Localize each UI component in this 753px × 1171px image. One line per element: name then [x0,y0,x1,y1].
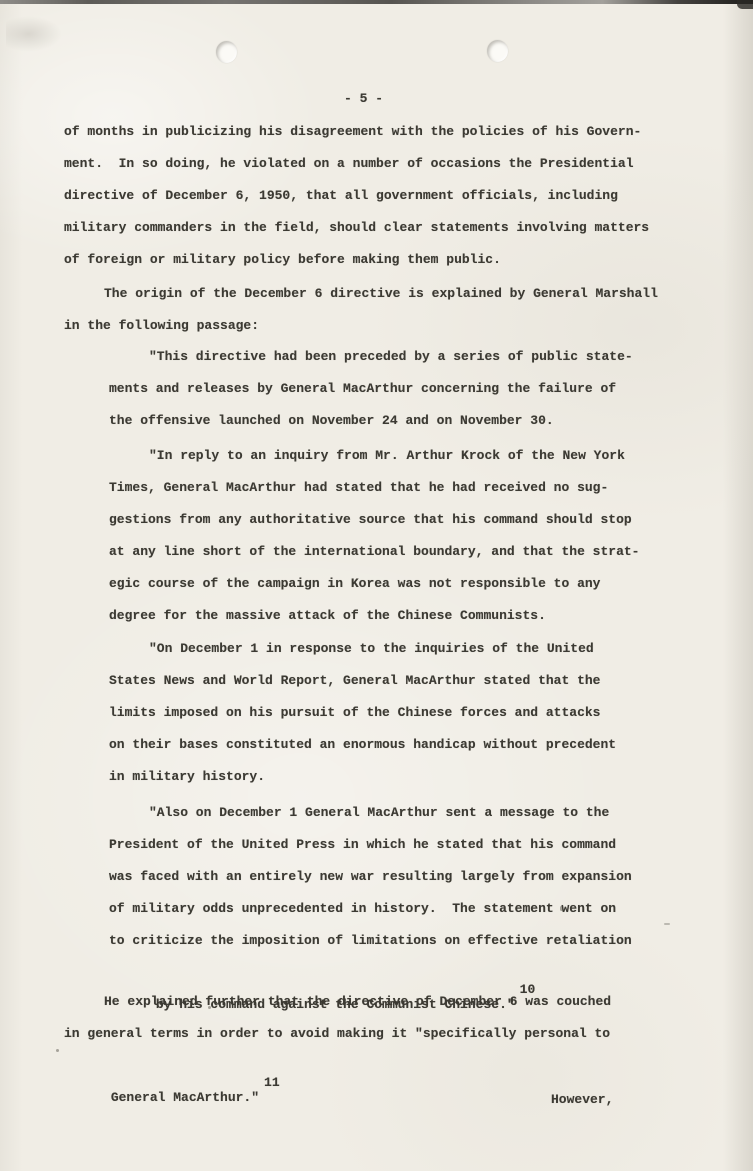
ink-speck [56,1049,59,1052]
scan-top-edge [0,0,753,4]
text-line: President of the United Press in which h… [109,829,632,861]
text-line: was faced with an entirely new war resul… [109,861,632,893]
text-line: the offensive launched on November 24 an… [109,405,633,437]
punch-hole-right [487,40,508,62]
text-line: ment. In so doing, he violated on a numb… [64,148,649,180]
text-line: on their bases constituted an enormous h… [109,729,616,761]
text-line: egic course of the campaign in Korea was… [109,568,640,600]
text-line: He explained further that the directive … [64,986,611,1018]
scanned-document-page: - 5 - of months in publicizing his disag… [0,0,753,1171]
text-line: military commanders in the field, should… [64,212,649,244]
text-line: of military odds unprecedented in histor… [109,893,632,925]
text-line: degree for the massive attack of the Chi… [109,600,640,632]
text-line: to criticize the imposition of limitatio… [109,925,632,957]
text-line: of months in publicizing his disagreemen… [64,116,649,148]
text-line: States News and World Report, General Ma… [109,665,616,697]
text-line: in general terms in order to avoid makin… [64,1018,611,1050]
page-number: - 5 - [344,83,383,115]
block-quote-1: "This directive had been preceded by a s… [109,341,633,437]
text-line: Times, General MacArthur had stated that… [109,472,640,504]
paragraph-3: He explained further that the directive … [64,986,611,1146]
block-quote-2: "In reply to an inquiry from Mr. Arthur … [109,440,640,632]
text-line: in military history. [109,761,616,793]
block-quote-3: "On December 1 in response to the inquir… [109,633,616,793]
text-line: at any line short of the international b… [109,536,640,568]
text-line: "In reply to an inquiry from Mr. Arthur … [109,440,640,472]
punch-hole-left [216,41,237,63]
footnote-marker-11: 11 [264,1075,280,1090]
text-line: "This directive had been preceded by a s… [109,341,633,373]
text-line: of foreign or military policy before mak… [64,244,649,276]
text-line: in the following passage: [64,310,658,342]
text-line: The origin of the December 6 directive i… [64,278,658,310]
paper-smudge [6,16,62,52]
text-line: ments and releases by General MacArthur … [109,373,633,405]
text-line-content: General MacArthur." [111,1090,259,1105]
text-line: limits imposed on his pursuit of the Chi… [109,697,616,729]
text-line: gestions from any authoritative source t… [109,504,640,536]
paragraph-1: of months in publicizing his disagreemen… [64,116,649,276]
text-line: "On December 1 in response to the inquir… [109,633,616,665]
text-line: directive of December 6, 1950, that all … [64,180,649,212]
paragraph-2: The origin of the December 6 directive i… [64,278,658,342]
text-line: General MacArthur."11 [64,1050,611,1146]
ink-speck [664,923,670,925]
continuation-word: However, [551,1084,613,1116]
text-line: "Also on December 1 General MacArthur se… [109,797,632,829]
